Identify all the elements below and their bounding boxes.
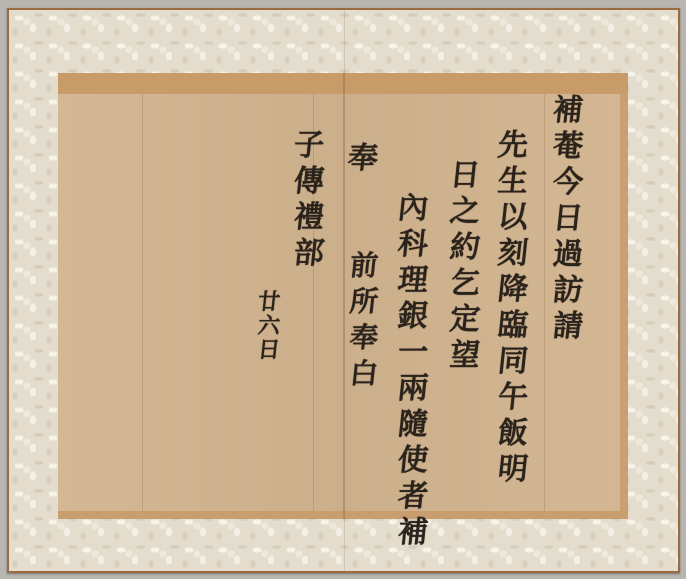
character: 子 (292, 128, 326, 164)
character: 飯 (496, 416, 530, 452)
character: 降 (496, 272, 530, 308)
character: 白 (348, 356, 380, 392)
character: 先 (496, 128, 530, 164)
character: 補 (396, 515, 430, 551)
character: 理 (396, 263, 430, 299)
calligraphy-column: 奉 (348, 141, 378, 177)
calligraphy-column: 補 菴 今 日 過 訪 請 (553, 93, 583, 345)
character: 定 (448, 302, 482, 338)
calligraphy-column: 前 所 奉 白 (350, 248, 378, 392)
character: 乞 (448, 266, 482, 302)
calligraphy-column: 日 之 約 乞 定 望 (450, 158, 480, 374)
character: 隨 (396, 407, 430, 443)
character: 奉 (346, 141, 380, 177)
character: 傳 (292, 164, 326, 200)
character: 前 (348, 248, 380, 284)
letter-paper: 補 菴 今 日 過 訪 請 先 生 以 刻 降 臨 同 午 飯 明 日 之 約 … (58, 73, 628, 519)
calligraphy-column: 子 傳 禮 部 (294, 128, 324, 272)
character: 者 (396, 479, 430, 515)
album-leaf: 補 菴 今 日 過 訪 請 先 生 以 刻 降 臨 同 午 飯 明 日 之 約 … (7, 8, 680, 573)
character: 日 (257, 338, 282, 362)
character: 日 (551, 201, 585, 237)
character: 部 (292, 236, 326, 272)
character: 菴 (551, 129, 585, 165)
character: 所 (348, 284, 380, 320)
character: 午 (496, 380, 530, 416)
character: 科 (396, 227, 430, 263)
character: 補 (551, 93, 585, 129)
calligraphy-date: 廿 六 日 (258, 290, 280, 362)
character: 廿 (257, 290, 282, 314)
character: 刻 (496, 236, 530, 272)
paper-ruling (544, 94, 545, 511)
character: 六 (257, 314, 282, 338)
character: 訪 (551, 273, 585, 309)
paper-right-strip (620, 94, 628, 511)
character: 同 (496, 344, 530, 380)
character: 兩 (396, 371, 430, 407)
character: 一 (396, 335, 430, 371)
character: 以 (496, 200, 530, 236)
character: 臨 (496, 308, 530, 344)
character: 過 (551, 237, 585, 273)
character: 日 (448, 158, 482, 194)
character: 今 (551, 165, 585, 201)
character: 請 (551, 309, 585, 345)
character: 禮 (292, 200, 326, 236)
character: 明 (496, 452, 530, 488)
calligraphy-column: 先 生 以 刻 降 臨 同 午 飯 明 (498, 128, 528, 488)
character: 之 (448, 194, 482, 230)
calligraphy-column: 內 科 理 銀 一 兩 隨 使 者 補 (398, 191, 428, 551)
character: 銀 (396, 299, 430, 335)
character: 奉 (348, 320, 380, 356)
character: 生 (496, 164, 530, 200)
character: 望 (448, 338, 482, 374)
character: 使 (396, 443, 430, 479)
character: 內 (396, 191, 430, 227)
paper-center-fold (343, 73, 345, 519)
paper-ruling (142, 94, 143, 511)
character: 約 (448, 230, 482, 266)
